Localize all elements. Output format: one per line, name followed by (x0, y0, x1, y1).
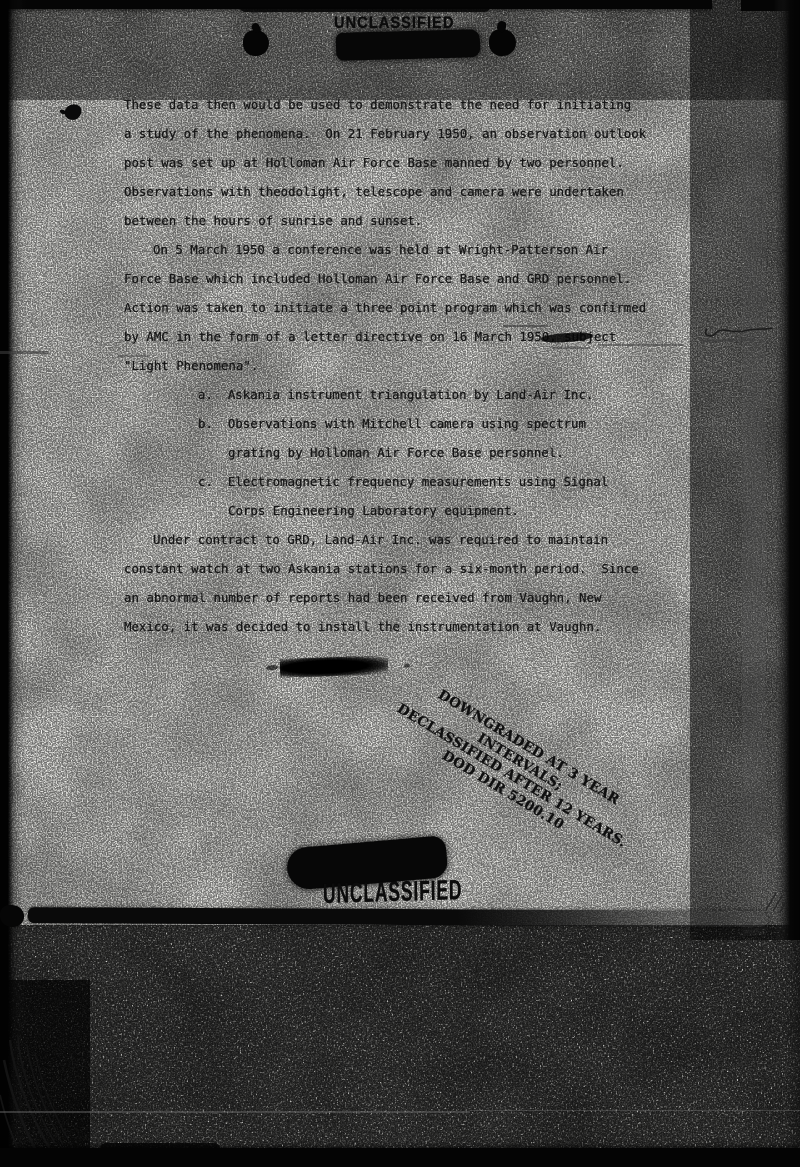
document-line: Force Base which included Holloman Air F… (0, 271, 800, 300)
scan-dash-mark (598, 344, 684, 346)
scan-dash-mark (0, 351, 48, 354)
document-line: a study of the phenomena. On 21 February… (0, 126, 800, 155)
redaction-bar-top (336, 29, 481, 61)
ink-blot-left (243, 30, 269, 56)
document-line: Action was taken to initiate a three poi… (0, 300, 800, 329)
document-line: Under contract to GRD, Land-Air Inc. was… (0, 532, 800, 561)
top-edge-smear (240, 7, 490, 12)
scan-dash-mark (503, 325, 547, 327)
document-list-item: a. Askania instrument triangulation by L… (0, 387, 800, 416)
document-line: grating by Holloman Air Force Base perso… (0, 445, 800, 474)
document-list-item: c. Electromagnetic frequency measurement… (0, 474, 800, 503)
document-line: Observations with theodolight, telescope… (0, 184, 800, 213)
document-line: "Light Phenomena". (0, 358, 800, 387)
document-line: between the hours of sunrise and sunset. (0, 213, 800, 242)
scanned-document-page: UNCLASSIFIED These data then would be us… (0, 0, 800, 1167)
document-line: These data then would be used to demonst… (0, 97, 800, 126)
bottom-edge-bar (0, 1148, 800, 1167)
faint-fold-line (0, 1111, 470, 1113)
separator-smear-band (28, 907, 768, 927)
classification-footer: UNCLASSIFIED (323, 874, 463, 910)
document-list-item: b. Observations with Mitchell camera usi… (0, 416, 800, 445)
document-body: These data then would be used to demonst… (0, 97, 800, 648)
document-line: post was set up at Holloman Air Force Ba… (0, 155, 800, 184)
ink-smudge (280, 655, 389, 678)
faint-fold-line (470, 1110, 800, 1111)
smear-band-blip (0, 905, 24, 927)
document-line: On 5 March 1950 a conference was held at… (0, 242, 800, 271)
stamp-line: DECLASSIFIED AFTER 12 YEARS. (387, 696, 637, 855)
document-line: constant watch at two Askania stations f… (0, 561, 800, 590)
document-line: an abnormal number of reports had been r… (0, 590, 800, 619)
right-edge-shadow-lower (786, 940, 800, 1167)
scan-dash-mark (552, 347, 590, 349)
document-line: Mexico, it was decided to install the in… (0, 619, 800, 648)
scan-dash-mark (118, 355, 150, 357)
ink-blot-right (489, 29, 516, 56)
document-line: Corps Engineering Laboratory equipment. (0, 503, 800, 532)
